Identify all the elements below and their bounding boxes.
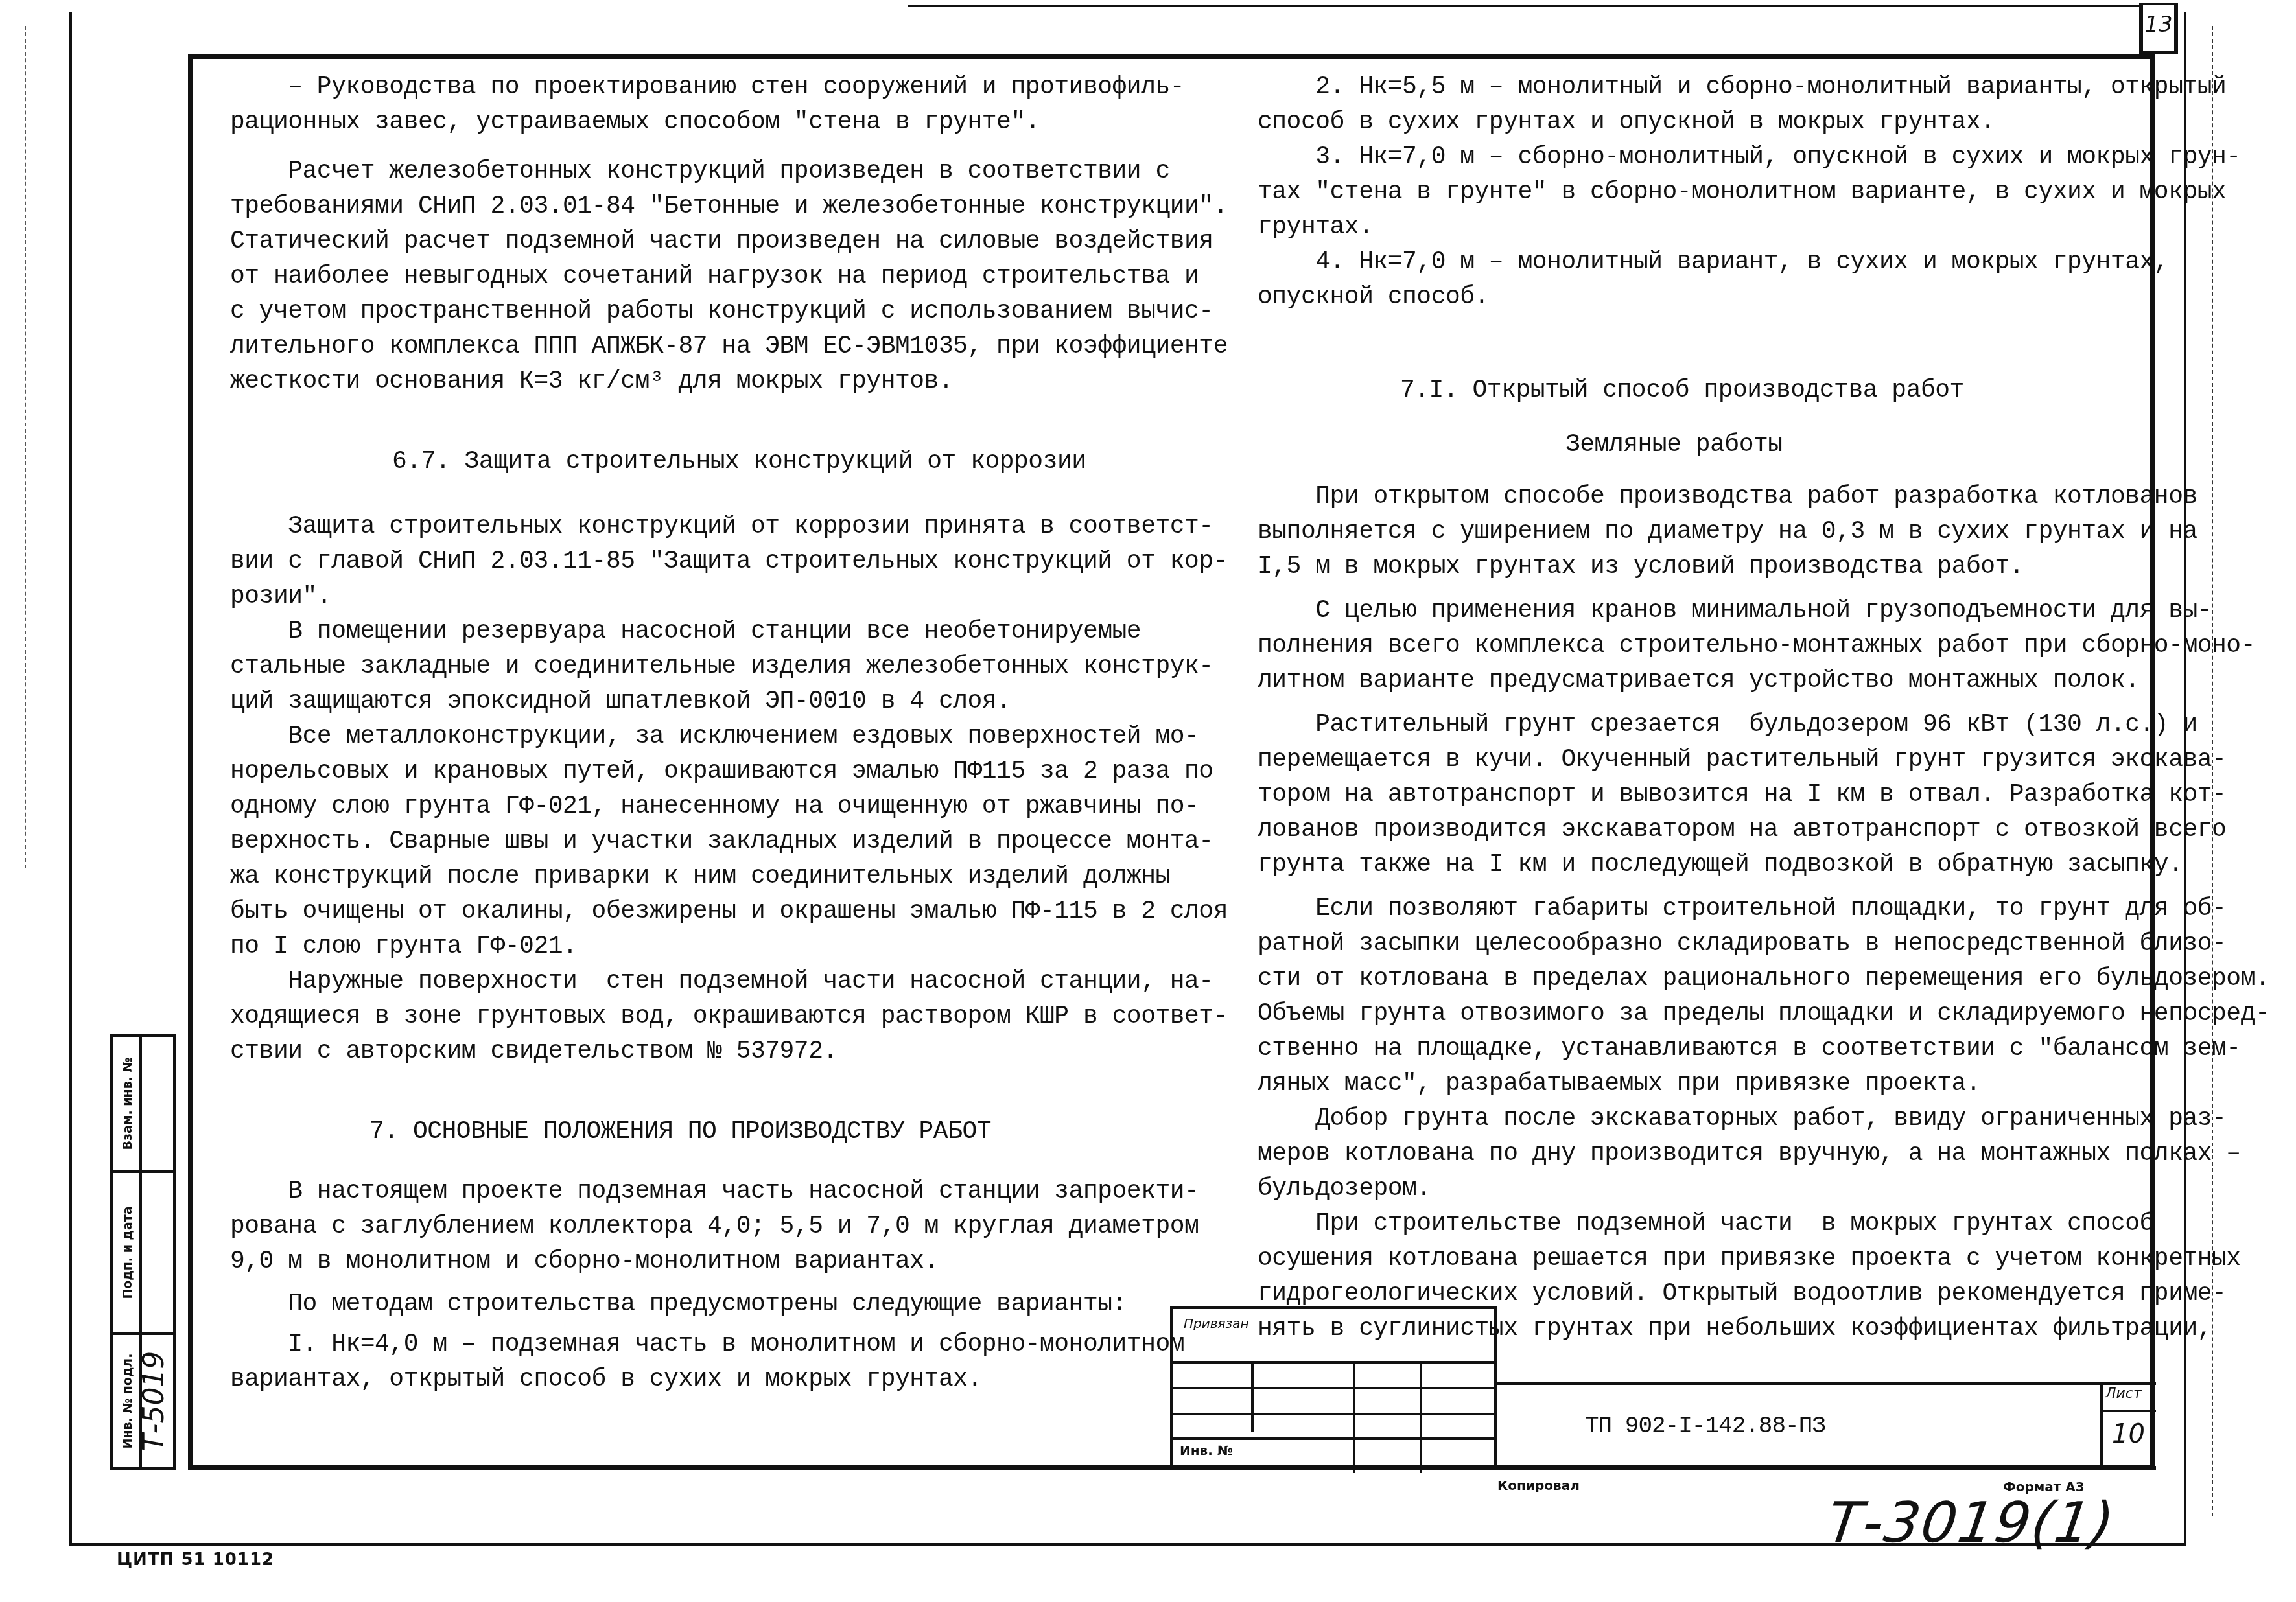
sheet-label: Лист <box>2105 1386 2142 1402</box>
text-line: лованов производится экскаватором на авт… <box>1258 813 2269 848</box>
text-line: выполняется с уширением по диаметру на 0… <box>1258 515 2269 550</box>
copied-by-label: Копировал <box>1497 1478 1580 1493</box>
text-line: способ в сухих грунтах и опускной в мокр… <box>1258 105 2269 140</box>
stamp-label: Подп. и дата <box>121 1206 135 1299</box>
section-7-body: В настоящем проекте подземная часть насо… <box>230 1174 1228 1397</box>
document-code: ТП 902-I-142.88-ПЗ <box>1585 1413 1825 1439</box>
text-line: По методам строительства предусмотрены с… <box>230 1287 1228 1322</box>
left-column: – Руководства по проектированию стен соо… <box>230 70 1228 1397</box>
title-block-top-line <box>1494 1382 2156 1385</box>
text-line: меров котлована по дну производится вруч… <box>1258 1137 2269 1172</box>
text-line: одному слою грунта ГФ-021, нанесенному н… <box>230 789 1228 824</box>
text-line: с учетом пространственной работы констру… <box>230 294 1228 329</box>
text-line: ственно на площадке, устанавливаются в с… <box>1258 1032 2269 1067</box>
title-block-binding-table: Привязан Инв. № <box>1170 1306 1497 1470</box>
text-line: 9,0 м в монолитном и сборно-монолитном в… <box>230 1244 1228 1279</box>
top-border-line <box>908 5 2139 7</box>
text-line: требованиями СНиП 2.03.01-84 "Бетонные и… <box>230 189 1228 224</box>
text-line: норельсовых и крановых путей, окрашивают… <box>230 754 1228 789</box>
stamp-label: Взам. инв. № <box>121 1057 135 1150</box>
text-line: Добор грунта после экскаваторных работ, … <box>1258 1102 2269 1137</box>
archive-handwritten-mark: Т-3019(1) <box>1823 1491 2119 1555</box>
text-line: 2. Нк=5,5 м – монолитный и сборно-моноли… <box>1258 70 2269 105</box>
text-line: вии с главой СНиП 2.03.11-85 "Защита стр… <box>230 544 1228 579</box>
text-line: Растительный грунт срезается бульдозером… <box>1258 708 2269 743</box>
text-line: грунта также на I км и последующей подво… <box>1258 848 2269 883</box>
stamp-cell-signature-date: Подп. и дата <box>110 1170 176 1335</box>
text-line: В настоящем проекте подземная часть насо… <box>230 1174 1228 1209</box>
stamp-value-handwritten: Т-5019 <box>137 1351 170 1451</box>
text-line: рационных завес, устраиваемых способом "… <box>230 105 1228 140</box>
text-line: Защита строительных конструкций от корро… <box>230 509 1228 544</box>
text-line: В помещении резервуара насосной станции … <box>230 614 1228 649</box>
text-line: грунтах. <box>1258 210 2269 245</box>
text-line: полнения всего комплекса строительно-мон… <box>1258 629 2269 664</box>
text-line: вариантах, открытый способ в сухих и мок… <box>230 1362 1228 1397</box>
text-line: 4. Нк=7,0 м – монолитный вариант, в сухи… <box>1258 245 2269 280</box>
text-line: Статический расчет подземной части произ… <box>230 224 1228 259</box>
text-line: осушения котлована решается при привязке… <box>1258 1242 2269 1277</box>
text-line: I. Нк=4,0 м – подземная часть в монолитн… <box>230 1327 1228 1362</box>
text-line: по I слою грунта ГФ-021. <box>230 929 1228 964</box>
intro-block: – Руководства по проектированию стен соо… <box>230 70 1228 399</box>
sheet-number: 10 <box>2112 1419 2145 1449</box>
title-block-bottom-line <box>1170 1466 2156 1470</box>
section-6-7-body: Защита строительных конструкций от корро… <box>230 509 1228 1069</box>
text-line: Если позволяют габариты строительной пло… <box>1258 892 2269 927</box>
text-line: опускной способ. <box>1258 280 2269 315</box>
page-number: 13 <box>2143 12 2174 38</box>
right-column: 2. Нк=5,5 м – монолитный и сборно-моноли… <box>1258 70 2269 1347</box>
text-line: жа конструкций после приварки к ним соед… <box>230 859 1228 894</box>
text-line: ратной засыпки целесообразно складироват… <box>1258 927 2269 962</box>
text-line: верхность. Сварные швы и участки закладн… <box>230 824 1228 859</box>
text-line: жесткости основания К=3 кг/см³ для мокры… <box>230 364 1228 399</box>
text-line: перемещается в кучи. Окученный раститель… <box>1258 743 2269 778</box>
section-heading-7: 7. ОСНОВНЫЕ ПОЛОЖЕНИЯ ПО ПРОИЗВОДСТВУ РА… <box>230 1115 1228 1150</box>
bound-label: Привязан <box>1184 1316 1249 1331</box>
text-line: от наиболее невыгодных сочетаний нагрузо… <box>230 259 1228 294</box>
text-line: 3. Нк=7,0 м – сборно-монолитный, опускно… <box>1258 140 2269 175</box>
stamp-label: Инв. № подл. <box>121 1353 135 1448</box>
text-line: При открытом способе производства работ … <box>1258 480 2269 515</box>
variants-list: 2. Нк=5,5 м – монолитный и сборно-моноли… <box>1258 70 2269 315</box>
text-line: Наружные поверхности стен подземной част… <box>230 964 1228 999</box>
text-line: I,5 м в мокрых грунтах из условий произв… <box>1258 550 2269 585</box>
text-line: стальные закладные и соединительные изде… <box>230 649 1228 684</box>
text-line: При строительстве подземной части в мокр… <box>1258 1207 2269 1242</box>
text-line: ций защищаются эпоксидной шпатлевкой ЭП-… <box>230 684 1228 719</box>
text-line: – Руководства по проектированию стен соо… <box>230 70 1228 105</box>
subheading-earthworks: Земляные работы <box>1258 428 2269 463</box>
text-line: быть очищены от окалины, обезжирены и ок… <box>230 894 1228 929</box>
text-line: сти от котлована в пределах рациональног… <box>1258 962 2269 997</box>
text-line: Все металлоконструкции, за исключением е… <box>230 719 1228 754</box>
text-line: С целью применения кранов минимальной гр… <box>1258 594 2269 629</box>
text-line: рована с заглублением коллектора 4,0; 5,… <box>230 1209 1228 1244</box>
text-line: тах "стена в грунте" в сборно-монолитном… <box>1258 175 2269 210</box>
inventory-number-label: Инв. № <box>1180 1443 1233 1458</box>
text-line: ляных масс", разрабатываемых при привязк… <box>1258 1067 2269 1102</box>
section-7-1-body: При открытом способе производства работ … <box>1258 480 2269 1347</box>
text-line: розии". <box>230 579 1228 614</box>
text-line: тором на автотранспорт и вывозится на I … <box>1258 778 2269 813</box>
section-heading-7-1: 7.I. Открытый способ производства работ <box>1258 373 2269 408</box>
scan-edge-marks-left <box>25 26 26 868</box>
text-line: литном варианте предусматривается устрой… <box>1258 664 2269 699</box>
section-heading-6-7: 6.7. Защита строительных конструкций от … <box>230 445 1228 480</box>
print-code-footer: ЦИТП 51 10112 <box>117 1550 274 1570</box>
stamp-cell-replaced-inv: Взам. инв. № <box>110 1034 176 1173</box>
page-number-box: 13 <box>2139 3 2178 54</box>
side-approval-stamp: Взам. инв. № Подп. и дата Инв. № подл. Т… <box>110 1034 176 1470</box>
text-line: Объемы грунта отвозимого за пределы площ… <box>1258 997 2269 1032</box>
text-line: лительного комплекса ППП АПЖБК-87 на ЭВМ… <box>230 329 1228 364</box>
text-line: ствии с авторским свидетельством № 53797… <box>230 1034 1228 1069</box>
text-line: Расчет железобетонных конструкций произв… <box>230 154 1228 189</box>
stamp-cell-original-inv: Инв. № подл. Т-5019 <box>110 1332 176 1470</box>
text-line: бульдозером. <box>1258 1172 2269 1207</box>
text-line: ходящиеся в зоне грунтовых вод, окрашива… <box>230 999 1228 1034</box>
